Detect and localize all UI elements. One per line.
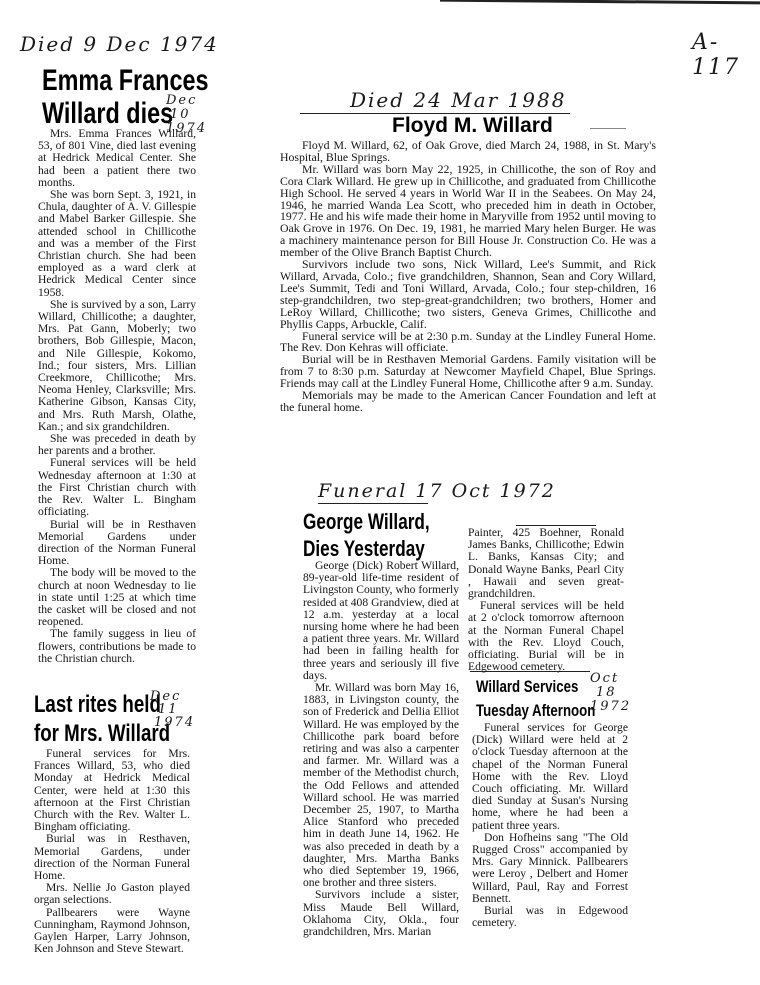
section-divider — [470, 671, 590, 672]
margin-note: Oct 18 1972 — [590, 672, 631, 714]
handwritten-date: Died 24 Mar 1988 — [350, 88, 566, 112]
article-body: Floyd M. Willard, 62, of Oak Grove, died… — [280, 140, 656, 414]
headline: Floyd M. Willard — [392, 114, 553, 138]
article-body: Mrs. Emma Frances Willard, 53, of 801 Vi… — [38, 128, 196, 665]
scan-edge-line — [440, 0, 760, 4]
handwritten-date: Funeral 17 Oct 1972 — [318, 480, 556, 502]
page-number-annotation: A-117 — [692, 30, 760, 80]
article-body: Funeral services for George (Dick) Willa… — [472, 722, 628, 929]
article-column-1: George (Dick) Robert Willard, 89-year-ol… — [303, 560, 459, 938]
margin-note: Dec 11 1974 — [150, 690, 195, 729]
header-rule-right — [590, 128, 626, 129]
headline: George Willard, Dies Yesterday — [303, 508, 430, 562]
headline: Willard Services Tuesday Afternoon — [476, 675, 595, 723]
date-underline — [318, 503, 428, 504]
handwritten-date: Died 9 Dec 1974 — [20, 32, 219, 56]
article-body: Funeral services for Mrs. Frances Willar… — [34, 748, 190, 955]
article-column-2: Painter, 425 Boehner, Ronald James Banks… — [468, 527, 624, 673]
